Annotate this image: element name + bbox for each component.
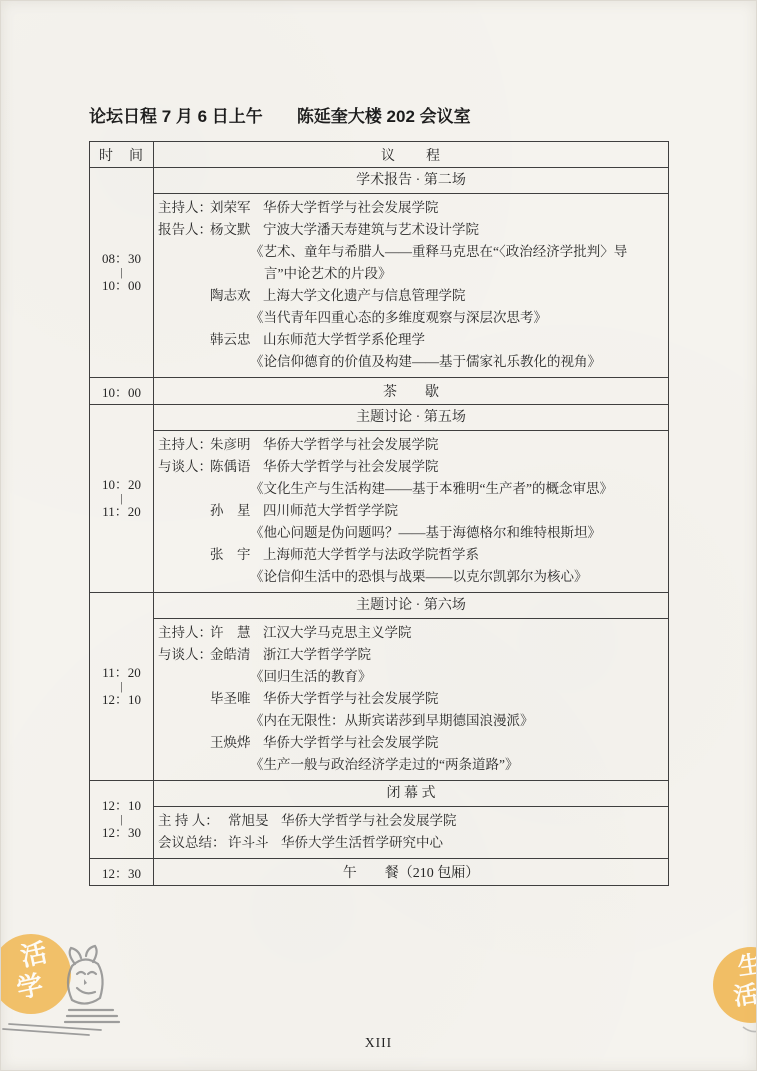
page-heading: 论坛日程 7 月 6 日上午陈延奎大楼 202 会议室 — [89, 102, 471, 127]
seal-right-flourish — [743, 1027, 757, 1032]
agenda-cell: 闭 幕 式 主 持 人：常旭旻华侨大学哲学与社会发展学院 会议总结：许斗斗华侨大… — [154, 781, 669, 859]
agenda-line: 主持人：刘荣军华侨大学哲学与社会发展学院 — [158, 197, 664, 219]
person-name: 王焕烨 — [210, 732, 254, 754]
agenda-line: 会议总结：许斗斗华侨大学生活哲学研究中心 — [158, 832, 664, 854]
time-cell: 10：20 | 11：20 — [90, 405, 154, 593]
role-label: 与谈人： — [158, 644, 210, 666]
seal-left-circle: 活 学 — [0, 934, 71, 1014]
agenda-line: 王焕烨华侨大学哲学与社会发展学院 — [158, 732, 664, 754]
session-block: 11：20 | 12：10 主题讨论 · 第六场 主持人：许 慧江汉大学马克思主… — [90, 593, 669, 781]
seal-right-char1: 生 — [736, 951, 757, 981]
agenda-line: 主持人：许 慧江汉大学马克思主义学院 — [158, 622, 664, 644]
session-content: 主持人：刘荣军华侨大学哲学与社会发展学院 报告人：杨文默宁波大学潘天寿建筑与艺术… — [154, 194, 668, 377]
lunch-label: 午 餐（210 包厢） — [154, 859, 669, 886]
person-affiliation: 华侨大学哲学与社会发展学院 — [281, 813, 457, 828]
person-name: 朱彦明 — [210, 434, 254, 456]
time-cell: 12：30 — [90, 859, 154, 886]
role-label: 主持人： — [158, 622, 210, 644]
agenda-cell: 主题讨论 · 第五场 主持人：朱彦明华侨大学哲学与社会发展学院 与谈人：陈偊语华… — [154, 405, 669, 593]
person-affiliation: 华侨大学哲学与社会发展学院 — [263, 437, 439, 452]
break-row: 10：00 茶 歇 — [90, 378, 669, 405]
role-label: 主持人： — [158, 434, 210, 456]
person-name: 金皓清 — [210, 644, 254, 666]
talk-title: 《论信仰德育的价值及构建——基于儒家礼乐教化的视角》 — [158, 351, 664, 373]
person-affiliation: 华侨大学生活哲学研究中心 — [281, 835, 443, 850]
talk-title: 《当代青年四重心态的多维度观察与深层次思考》 — [158, 307, 664, 329]
person-name: 毕圣唯 — [210, 688, 254, 710]
person-affiliation: 江汉大学马克思主义学院 — [263, 625, 412, 640]
talk-title: 《生产一般与政治经济学走过的“两条道路”》 — [158, 754, 664, 776]
person-name: 杨文默 — [210, 219, 254, 241]
agenda-cell: 主题讨论 · 第六场 主持人：许 慧江汉大学马克思主义学院 与谈人：金皓清浙江大… — [154, 593, 669, 781]
talk-title: 《文化生产与生活构建——基于本雅明“生产者”的概念审思》 — [158, 478, 664, 500]
role-label: 与谈人： — [158, 456, 210, 478]
document-page: 论坛日程 7 月 6 日上午陈延奎大楼 202 会议室 时 间 议 程 08：3… — [0, 0, 757, 1071]
session-content: 主持人：朱彦明华侨大学哲学与社会发展学院 与谈人：陈偊语华侨大学哲学与社会发展学… — [154, 431, 668, 592]
watermark-left: 活 学 — [0, 926, 139, 1036]
session-block: 08：30 | 10：00 学术报告 · 第二场 主持人：刘荣军华侨大学哲学与社… — [90, 168, 669, 378]
time-cell: 10：00 — [90, 378, 154, 405]
page-number: XIII — [1, 1035, 756, 1051]
watermark-right: 生 活 — [703, 939, 757, 1039]
person-name: 陈偊语 — [210, 456, 254, 478]
session-block: 10：20 | 11：20 主题讨论 · 第五场 主持人：朱彦明华侨大学哲学与社… — [90, 405, 669, 593]
talk-title: 《艺术、童年与希腊人——重释马克思在“〈政治经济学批判〉导 — [158, 241, 664, 263]
time-end: 12：10 — [90, 692, 153, 708]
role-label: 报告人： — [158, 219, 210, 241]
seal-right-char2: 活 — [732, 981, 757, 1011]
agenda-line: 与谈人：陈偊语华侨大学哲学与社会发展学院 — [158, 456, 664, 478]
agenda-line: 毕圣唯华侨大学哲学与社会发展学院 — [158, 688, 664, 710]
person-name: 张 宇 — [210, 544, 254, 566]
talk-title: 《论信仰生活中的恐惧与战栗——以克尔凯郭尔为核心》 — [158, 566, 664, 588]
section-title: 主题讨论 · 第五场 — [154, 405, 668, 431]
agenda-line: 主持人：朱彦明华侨大学哲学与社会发展学院 — [158, 434, 664, 456]
schedule-table: 时 间 议 程 08：30 | 10：00 学术报告 · 第二场 主持人：刘荣军… — [89, 141, 669, 886]
session-content: 主 持 人：常旭旻华侨大学哲学与社会发展学院 会议总结：许斗斗华侨大学生活哲学研… — [154, 807, 668, 858]
person-affiliation: 宁波大学潘天寿建筑与艺术设计学院 — [263, 222, 479, 237]
person-affiliation: 华侨大学哲学与社会发展学院 — [263, 459, 439, 474]
role-label: 会议总结： — [158, 832, 228, 854]
time-separator: | — [90, 267, 153, 278]
person-name: 刘荣军 — [210, 197, 254, 219]
person-affiliation: 华侨大学哲学与社会发展学院 — [263, 200, 439, 215]
talk-title: 《他心问题是伪问题吗？——基于海德格尔和维特根斯坦》 — [158, 522, 664, 544]
role-label: 主 持 人： — [158, 810, 228, 832]
time-cell: 08：30 | 10：00 — [90, 168, 154, 378]
agenda-line: 主 持 人：常旭旻华侨大学哲学与社会发展学院 — [158, 810, 664, 832]
time-end: 11：20 — [90, 504, 153, 520]
person-name: 常旭旻 — [228, 810, 272, 832]
time-end: 10：00 — [90, 278, 153, 294]
table-header-agenda: 议 程 — [154, 142, 669, 168]
person-name: 陶志欢 — [210, 285, 254, 307]
session-content: 主持人：许 慧江汉大学马克思主义学院 与谈人：金皓清浙江大学哲学学院 《回归生活… — [154, 619, 668, 780]
agenda-cell: 学术报告 · 第二场 主持人：刘荣军华侨大学哲学与社会发展学院 报告人：杨文默宁… — [154, 168, 669, 378]
person-affiliation: 上海师范大学哲学与法政学院哲学系 — [263, 547, 479, 562]
person-name: 许 慧 — [210, 622, 254, 644]
agenda-line: 与谈人：金皓清浙江大学哲学学院 — [158, 644, 664, 666]
time-cell: 11：20 | 12：10 — [90, 593, 154, 781]
lunch-row: 12：30 午 餐（210 包厢） — [90, 859, 669, 886]
person-affiliation: 四川师范大学哲学学院 — [263, 503, 398, 518]
table-header-time: 时 间 — [90, 142, 154, 168]
person-affiliation: 浙江大学哲学学院 — [263, 647, 371, 662]
closing-block: 12：10 | 12：30 闭 幕 式 主 持 人：常旭旻华侨大学哲学与社会发展… — [90, 781, 669, 859]
heading-venue: 陈延奎大楼 202 会议室 — [297, 107, 471, 126]
person-affiliation: 上海大学文化遗产与信息管理学院 — [263, 288, 466, 303]
section-title: 主题讨论 · 第六场 — [154, 593, 668, 619]
agenda-line: 韩云忠山东师范大学哲学系伦理学 — [158, 329, 664, 351]
role-label: 主持人： — [158, 197, 210, 219]
time-end: 12：30 — [90, 825, 153, 841]
agenda-line: 陶志欢上海大学文化遗产与信息管理学院 — [158, 285, 664, 307]
talk-title: 《内在无限性：从斯宾诺莎到早期德国浪漫派》 — [158, 710, 664, 732]
heading-forum-date: 论坛日程 7 月 6 日上午 — [89, 107, 263, 126]
talk-title-continued: 言”中论艺术的片段》 — [158, 263, 664, 285]
time-cell: 12：10 | 12：30 — [90, 781, 154, 859]
section-title: 学术报告 · 第二场 — [154, 168, 668, 194]
break-label: 茶 歇 — [154, 378, 669, 405]
person-affiliation: 华侨大学哲学与社会发展学院 — [263, 735, 439, 750]
agenda-line: 张 宇上海师范大学哲学与法政学院哲学系 — [158, 544, 664, 566]
person-affiliation: 华侨大学哲学与社会发展学院 — [263, 691, 439, 706]
talk-title: 《回归生活的教育》 — [158, 666, 664, 688]
agenda-line: 报告人：杨文默宁波大学潘天寿建筑与艺术设计学院 — [158, 219, 664, 241]
person-affiliation: 山东师范大学哲学系伦理学 — [263, 332, 425, 347]
section-title: 闭 幕 式 — [154, 781, 668, 807]
time-separator: | — [90, 493, 153, 504]
time-separator: | — [90, 814, 153, 825]
table-header-row: 时 间 议 程 — [90, 142, 669, 168]
agenda-line: 孙 星四川师范大学哲学学院 — [158, 500, 664, 522]
person-name: 许斗斗 — [228, 832, 272, 854]
person-name: 韩云忠 — [210, 329, 254, 351]
time-separator: | — [90, 681, 153, 692]
person-name: 孙 星 — [210, 500, 254, 522]
